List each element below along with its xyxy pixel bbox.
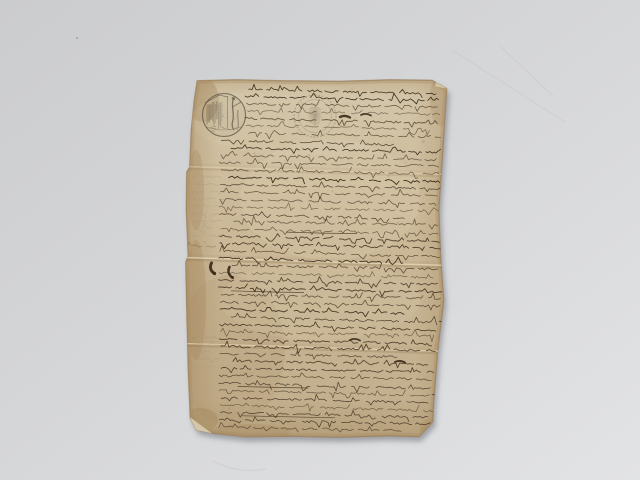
- surface-speck: [76, 37, 78, 39]
- manuscript-photo: [0, 0, 640, 480]
- manuscript-paper: [175, 74, 453, 440]
- scene-canvas: [0, 0, 640, 480]
- age-stain: [188, 150, 204, 230]
- pictorial-revenue-stamp: [203, 94, 246, 137]
